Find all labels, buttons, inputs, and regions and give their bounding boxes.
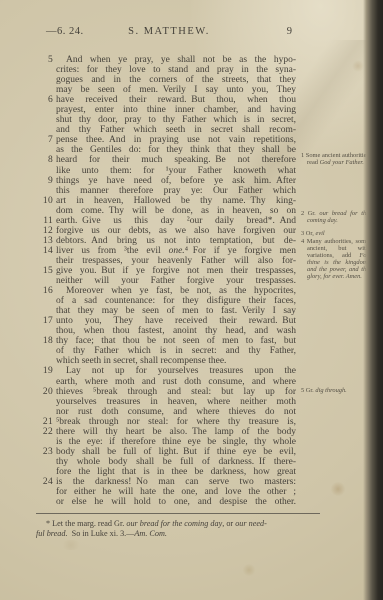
text-line: 9things ye have need of, before ye ask h… [36,176,296,186]
verse-text: have received their reward. But thou, wh… [56,95,296,105]
text-line: 15give you. But if ye forgive not men th… [36,266,296,276]
margin-note: 3 Or, evil [301,230,369,237]
text-line: yourselves treasures in heaven, where ne… [36,397,296,407]
text-line: may be seen of men. Verily I say unto yo… [36,85,296,95]
text-line: 7pense thee. And in praying use not vain… [36,135,296,145]
verse-number: 24 [36,477,53,487]
verse-text: of a sad countenance: for they disfigure… [56,296,296,306]
text-line: 8heard for their much speaking. Be not t… [36,155,296,165]
verse-text: dom come. Thy will be done, as in heaven… [56,206,296,216]
verse-number: 6 [36,95,53,105]
text-line: or else he will hold to one, and despise… [36,497,296,507]
verse-text: Moreover when ye fast, be not, as the hy… [56,286,296,296]
verse-text: thy face; that thou be not seen of men t… [56,336,296,346]
text-line: of a sad countenance: for they disfigure… [36,296,296,306]
verse-number: 16 [36,286,53,296]
verse-number: 7 [36,135,53,145]
verse-text: gogues and in the corners of the streets… [56,75,296,85]
margin-notes: 1 Some ancient authorities read God your… [301,0,363,600]
verse-text: body shall be full of light. But if thin… [56,447,296,457]
text-line: 14liver us from ³the evil one.⁴ For if y… [36,246,296,256]
verse-text: things ye have need of, before ye ask hi… [56,176,296,186]
verse-text: art in heaven, Hallowed be thy name. Thy… [56,196,296,206]
header-book-title: S. MATTHEW. [128,26,210,37]
text-line: 16Moreover when ye fast, be not, as the … [36,286,296,296]
verse-text: thou, when thou fastest, anoint thy head… [56,326,296,336]
verse-text: pense thee. And in praying use not vain … [56,135,296,145]
verse-number: 13 [36,236,53,246]
text-line: which seeth in secret, shall recompense … [36,356,296,366]
verse-text: ⁵break through nor steal: for where thy … [56,417,296,427]
verse-text: debtors. And bring us not into temptatio… [56,236,296,246]
text-line: their trespasses, your heavenly Father w… [36,256,296,266]
text-line: for either he will hate the one, and lov… [36,487,296,497]
verse-number: 23 [36,447,53,457]
verse-text: may be seen of men. Verily I say unto yo… [56,85,296,95]
verse-text: or else he will hold to one, and despise… [56,497,296,507]
verse-number: 14 [36,246,53,256]
verse-number: 5 [36,55,53,65]
text-line: 18thy face; that thou be not seen of men… [36,336,296,346]
verse-text: there will thy heart be also. The lamp o… [56,427,296,437]
verse-number: 21 [36,417,53,427]
text-line: crites: for they love to stand and pray … [36,65,296,75]
header-chapter-ref: —6. 24. [36,26,128,37]
verse-number: 19 [36,366,53,376]
text-line: 12forgive us our debts, as we also have … [36,226,296,236]
text-line: 19Lay not up for yourselves treasures up… [36,366,296,376]
margin-note: 2 Gr. our bread for the coming day. [301,210,369,224]
verse-text: nor rust doth consume, and where thieves… [56,407,296,417]
verse-text: for either he will hate the one, and lov… [56,487,296,497]
text-line: like unto them: for ¹your Father knoweth… [36,166,296,176]
verse-text: prayest, enter into thine inner chamber,… [56,105,296,115]
text-line: 23body shall be full of light. But if th… [36,447,296,457]
stain [60,540,82,550]
verse-text: unto you, They have received their rewar… [56,316,296,326]
verse-text: earth, where moth and rust doth consume,… [56,377,296,387]
verse-text: Lay not up for yourselves treasures upon… [56,366,296,376]
footnote-line-2: ful bread. So in Luke xi. 3.—Am. Com. [36,529,308,539]
text-line: nor rust doth consume, and where thieves… [36,407,296,417]
verse-text: earth. Give us this day ²our daily bread… [56,216,296,226]
header-page-number: 9 [210,26,296,37]
verse-text: thieves ⁵break through and steal: but la… [56,387,296,397]
text-line: is the eye: if therefore thine eye be si… [36,437,296,447]
text-line: 5And when ye pray, ye shall not be as th… [36,55,296,65]
verse-text: and thy Father which seeth in secret sha… [56,125,296,135]
verse-text: is the darkness! No man can serve two ma… [56,477,296,487]
text-line: this manner therefore pray ye: Our Fathe… [36,186,296,196]
text-line: prayest, enter into thine inner chamber,… [36,105,296,115]
text-line: 24is the darkness! No man can serve two … [36,477,296,487]
verse-text: which seeth in secret, shall recompense … [56,356,296,366]
verse-text: like unto them: for ¹your Father knoweth… [56,166,296,176]
text-line: thy whole body shall be full of darkness… [36,457,296,467]
verse-text: And when ye pray, ye shall not be as the… [56,55,296,65]
verse-number: 8 [36,155,53,165]
verse-text: thy whole body shall be full of darkness… [56,457,296,467]
text-line: neither will your Father forgive your tr… [36,276,296,286]
verse-text: yourselves treasures in heaven, where ne… [56,397,296,407]
verse-number: 11 [36,216,53,226]
footnote-rule [36,513,320,514]
text-line: 17unto you, They have received their rew… [36,316,296,326]
verse-text: as the Gentiles do: for they think that … [56,145,296,155]
text-line: dom come. Thy will be done, as in heaven… [36,206,296,216]
text-line: 20thieves ⁵break through and steal: but … [36,387,296,397]
verse-text: neither will your Father forgive your tr… [56,276,296,286]
scripture-text: 5And when ye pray, ye shall not be as th… [36,55,296,507]
verse-text: heard for their much speaking. Be not th… [56,155,296,165]
verse-number: 20 [36,387,53,397]
text-line: 10art in heaven, Hallowed be thy name. T… [36,196,296,206]
footnote: * Let the marg. read Gr. our bread for t… [36,519,308,538]
verse-number: 15 [36,266,53,276]
verse-text: their trespasses, your heavenly Father w… [56,256,296,266]
stain [242,564,256,576]
text-line: 22there will thy heart be also. The lamp… [36,427,296,437]
text-line: 6have received their reward. But thou, w… [36,95,296,105]
verse-text: that they may be seen of men to fast. Ve… [56,306,296,316]
verse-text: give you. But if ye forgive not men thei… [56,266,296,276]
verse-text: crites: for they love to stand and pray … [56,65,296,75]
verse-number: 18 [36,336,53,346]
verse-text: liver us from ³the evil one.⁴ For if ye … [56,246,296,256]
text-line: that they may be seen of men to fast. Ve… [36,306,296,316]
verse-text: shut thy door, pray to thy Father which … [56,115,296,125]
verse-text: is the eye: if therefore thine eye be si… [56,437,296,447]
text-line: earth, where moth and rust doth consume,… [36,377,296,387]
text-line: as the Gentiles do: for they think that … [36,145,296,155]
verse-number: 17 [36,316,53,326]
text-line: 13debtors. And bring us not into temptat… [36,236,296,246]
verse-number: 9 [36,176,53,186]
page-edge-strip [363,0,383,600]
text-line: fore the light that is in thee be darkne… [36,467,296,477]
verse-number: 10 [36,196,53,206]
text-line: 21⁵break through nor steal: for where th… [36,417,296,427]
text-line: thou, when thou fastest, anoint thy head… [36,326,296,336]
page-header: —6. 24. S. MATTHEW. 9 [36,26,296,37]
verse-text: of thy Father which is in secret: and th… [56,346,296,356]
verse-text: fore the light that is in thee be darkne… [56,467,296,477]
margin-note: 4 Many authorities, some ancient, but wi… [301,238,369,280]
text-line: of thy Father which is in secret: and th… [36,346,296,356]
margin-note: 5 Gr. dig through. [301,387,369,394]
text-line: 11earth. Give us this day ²our daily bre… [36,216,296,226]
margin-note: 1 Some ancient authorities read God your… [301,152,369,166]
book-page: —6. 24. S. MATTHEW. 9 5And when ye pray,… [0,0,383,600]
verse-text: forgive us our debts, as we also have fo… [56,226,296,236]
verse-number: 22 [36,427,53,437]
text-line: gogues and in the corners of the streets… [36,75,296,85]
footnote-line-1: * Let the marg. read Gr. our bread for t… [36,519,308,529]
verse-number: 12 [36,226,53,236]
text-line: shut thy door, pray to thy Father which … [36,115,296,125]
verse-text: this manner therefore pray ye: Our Fathe… [56,186,296,196]
text-line: and thy Father which seeth in secret sha… [36,125,296,135]
